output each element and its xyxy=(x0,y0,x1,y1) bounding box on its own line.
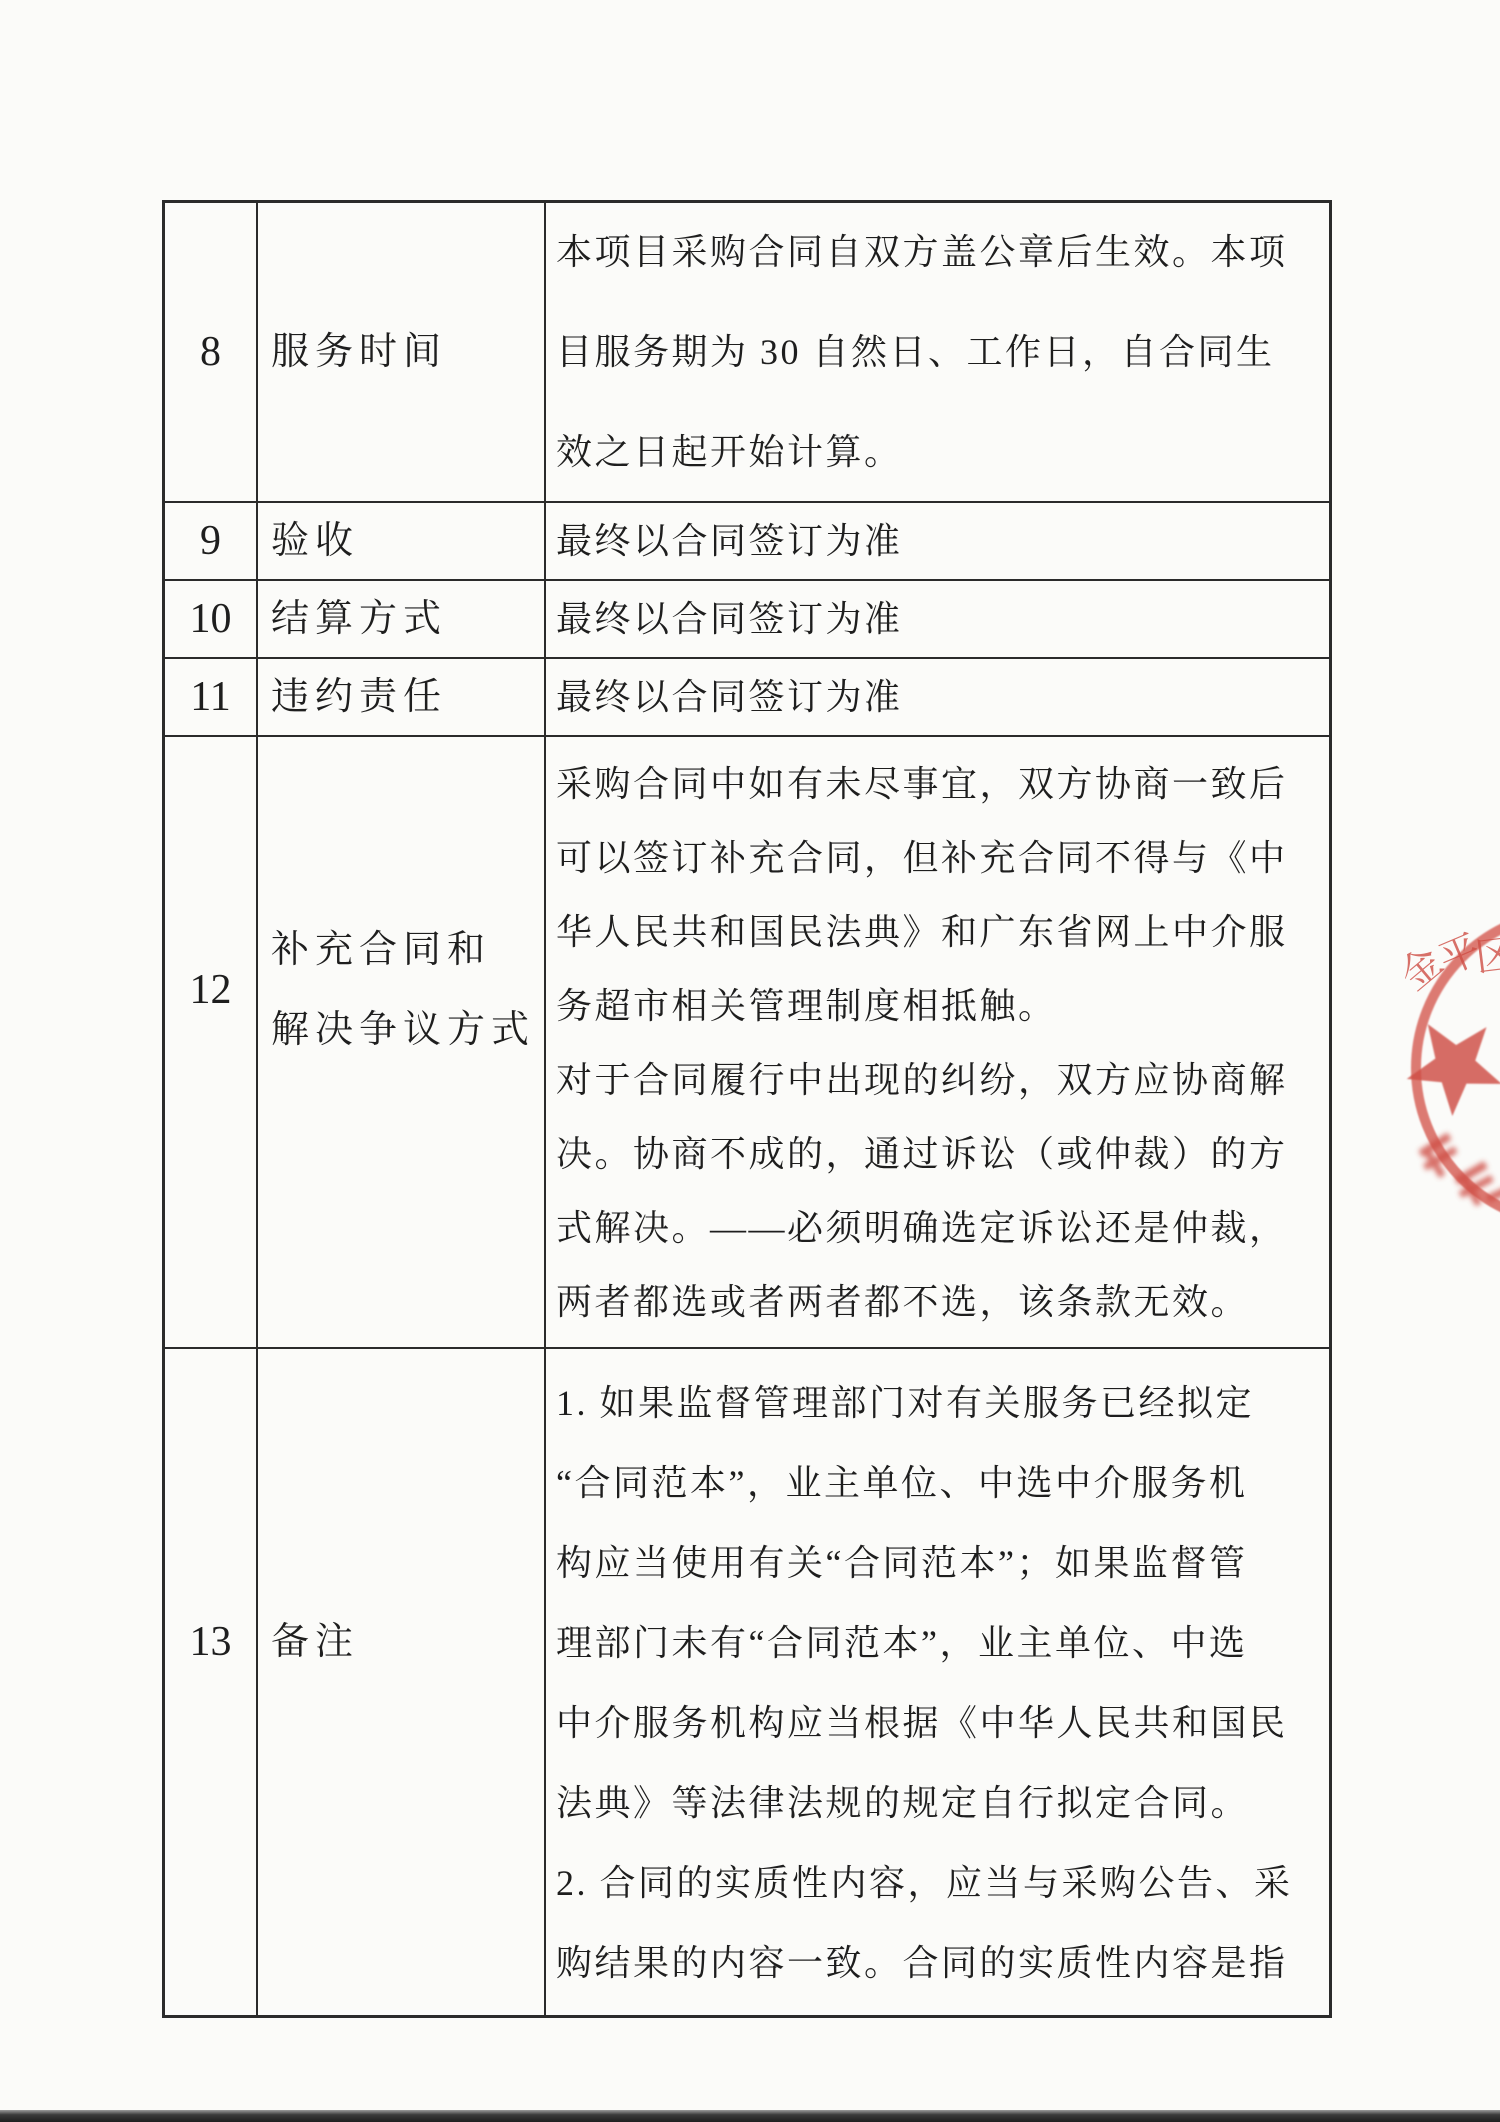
row-label: 结算方式 xyxy=(271,579,447,659)
row-number: 11 xyxy=(190,673,230,721)
seal-arc-char: 区 xyxy=(1473,931,1500,981)
row-number-cell: 13 xyxy=(165,1349,258,2015)
row-label-cell: 备注 xyxy=(258,1349,546,2015)
row-content-text: 采购合同中如有未尽事宜，双方协商一致后可以签订补充合同，但补充合同不得与《中华人… xyxy=(556,747,1321,1339)
row-content-cell: 采购合同中如有未尽事宜，双方协商一致后可以签订补充合同，但补充合同不得与《中华人… xyxy=(546,737,1329,1347)
row-content-text: 1. 如果监督管理部门对有关服务已经拟定“合同范本”，业主单位、中选中介服务机构… xyxy=(556,1363,1321,2003)
scanned-document-page: 8 服务时间 本项目采购合同自双方盖公章后生效。本项目服务期为 30 自然日、工… xyxy=(0,0,1500,2122)
row-content-text: 最终以合同签订为准 xyxy=(556,660,1321,734)
row-label: 补充合同和解决争议方式 xyxy=(271,910,535,1070)
row-label: 备注 xyxy=(271,1602,359,1682)
row-content-cell: 最终以合同签订为准 xyxy=(546,659,1329,735)
row-content-text: 本项目采购合同自双方盖公章后生效。本项目服务期为 30 自然日、工作日，自合同生… xyxy=(556,202,1321,502)
row-label-cell: 违约责任 xyxy=(258,659,546,735)
row-label: 验收 xyxy=(271,501,359,581)
row-content-cell: 最终以合同签订为准 xyxy=(546,581,1329,657)
row-number: 8 xyxy=(200,328,221,376)
row-number-cell: 8 xyxy=(165,203,258,501)
table-row: 8 服务时间 本项目采购合同自双方盖公章后生效。本项目服务期为 30 自然日、工… xyxy=(165,203,1329,503)
table-row: 9 验收 最终以合同签订为准 xyxy=(165,503,1329,581)
row-number: 9 xyxy=(200,517,221,565)
procurement-terms-table: 8 服务时间 本项目采购合同自双方盖公章后生效。本项目服务期为 30 自然日、工… xyxy=(162,200,1332,2018)
row-content-cell: 1. 如果监督管理部门对有关服务已经拟定“合同范本”，业主单位、中选中介服务机构… xyxy=(546,1349,1329,2015)
row-number-cell: 11 xyxy=(165,659,258,735)
row-content-cell: 本项目采购合同自双方盖公章后生效。本项目服务期为 30 自然日、工作日，自合同生… xyxy=(546,203,1329,501)
row-label: 服务时间 xyxy=(271,312,447,392)
table-row: 11 违约责任 最终以合同签订为准 xyxy=(165,659,1329,737)
row-label-cell: 结算方式 xyxy=(258,581,546,657)
row-content-text: 最终以合同签订为准 xyxy=(556,504,1321,578)
table-row: 12 补充合同和解决争议方式 采购合同中如有未尽事宜，双方协商一致后可以签订补充… xyxy=(165,737,1329,1349)
row-label-cell: 服务时间 xyxy=(258,203,546,501)
row-number: 13 xyxy=(190,1618,232,1666)
row-label-cell: 补充合同和解决争议方式 xyxy=(258,737,546,1347)
row-content-cell: 最终以合同签订为准 xyxy=(546,503,1329,579)
table-row: 13 备注 1. 如果监督管理部门对有关服务已经拟定“合同范本”，业主单位、中选… xyxy=(165,1349,1329,2015)
row-number: 10 xyxy=(190,595,232,643)
row-number-cell: 12 xyxy=(165,737,258,1347)
row-number: 12 xyxy=(190,966,232,1014)
row-number-cell: 10 xyxy=(165,581,258,657)
row-content-text: 最终以合同签订为准 xyxy=(556,582,1321,656)
row-label-cell: 验收 xyxy=(258,503,546,579)
table-row: 10 结算方式 最终以合同签订为准 xyxy=(165,581,1329,659)
row-label: 违约责任 xyxy=(271,657,447,737)
row-number-cell: 9 xyxy=(165,503,258,579)
scan-edge-shadow xyxy=(0,2110,1500,2122)
seal-star-icon xyxy=(1394,1010,1500,1125)
red-seal-stamp: 金 平 区 xyxy=(1370,893,1500,1241)
